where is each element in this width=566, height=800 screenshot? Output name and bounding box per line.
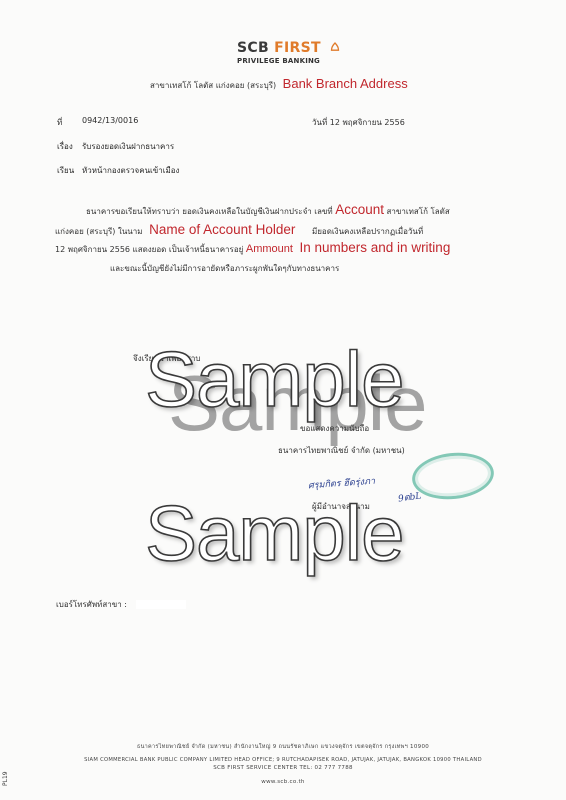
footer-english-address: SIAM COMMERCIAL BANK PUBLIC COMPANY LIMI… xyxy=(0,757,566,763)
bank-stamp xyxy=(410,449,496,503)
bank-name: ธนาคารไทยพาณิชย์ จำกัด (มหาชน) xyxy=(278,444,405,457)
body-line-3: 12 พฤศจิกายน 2556 แสดงยอด เป็นเจ้าหนี้ธน… xyxy=(55,240,450,256)
branch-prefix: สาขาเทสโก้ โลตัส แก่งคอย (สระบุรี) xyxy=(150,81,276,90)
ref-value: 0942/13/0016 xyxy=(82,116,138,125)
amount-placeholder: Ammount xyxy=(246,243,293,255)
branch-phone-line: เบอร์โทรศัพท์สาขา : xyxy=(56,598,186,611)
logo-tier: FIRST xyxy=(274,40,321,56)
regards-text: ขอแสดงความนับถือ xyxy=(300,422,369,435)
watermark-sample-bottom: Sample xyxy=(145,488,403,579)
date-line: วันที่ 12 พฤศจิกายน 2556 xyxy=(312,116,405,129)
branch-address-line: สาขาเทสโก้ โลตัส แก่งคอย (สระบุรี) Bank … xyxy=(150,76,408,92)
body-line-4: และขณะนี้บัญชียังไม่มีการอายัดหรือภาระผู… xyxy=(110,262,339,275)
body-line-1: ธนาคารขอเรียนให้ทราบว่า ยอดเงินคงเหลือใน… xyxy=(86,202,450,218)
account-placeholder: Account xyxy=(335,202,384,217)
footer-website: www.scb.co.th xyxy=(0,779,566,785)
branch-phone-redacted xyxy=(136,600,186,609)
body-line-2: แก่งคอย (สระบุรี) ในนาม Name of Account … xyxy=(55,222,423,238)
ref-label: ที่ xyxy=(57,116,62,129)
scb-triangle-icon xyxy=(330,42,340,52)
branch-address-placeholder: Bank Branch Address xyxy=(283,76,408,91)
account-holder-placeholder: Name of Account Holder xyxy=(149,222,295,237)
date-value: 12 พฤศจิกายน 2556 xyxy=(330,118,405,127)
footer-thai-address: ธนาคารไทยพาณิชย์ จำกัด (มหาชน) สำนักงานใ… xyxy=(0,743,566,751)
footer-service-center: SCB FIRST SERVICE CENTER TEL: 02 777 778… xyxy=(0,765,566,771)
scb-first-logo: SCB FIRST xyxy=(237,40,340,56)
form-code: PL19 xyxy=(2,771,9,786)
body-line-2-text: แก่งคอย (สระบุรี) ในนาม xyxy=(55,227,143,236)
watermark-sample-top: Sample xyxy=(145,334,403,425)
logo-subtitle: PRIVILEGE BANKING xyxy=(237,57,320,65)
amount-words-placeholder: In numbers and in writing xyxy=(300,240,451,255)
subject-label: เรื่อง xyxy=(57,140,73,153)
body-line-2-tail: มียอดเงินคงเหลือปรากฏเมื่อวันที่ xyxy=(312,227,423,236)
body-line-3-text: 12 พฤศจิกายน 2556 แสดงยอด เป็นเจ้าหนี้ธน… xyxy=(55,245,243,254)
subject-value: รับรองยอดเงินฝากธนาคาร xyxy=(82,140,174,153)
to-value: หัวหน้ากองตรวจคนเข้าเมือง xyxy=(82,164,179,177)
body-line-1-text: ธนาคารขอเรียนให้ทราบว่า ยอดเงินคงเหลือใน… xyxy=(86,207,333,216)
to-label: เรียน xyxy=(57,164,74,177)
date-label: วันที่ xyxy=(312,118,327,127)
logo-brand: SCB xyxy=(237,40,269,56)
body-line-1-tail: สาขาเทสโก้ โลตัส xyxy=(387,207,450,216)
branch-phone-label: เบอร์โทรศัพท์สาขา : xyxy=(56,600,127,609)
